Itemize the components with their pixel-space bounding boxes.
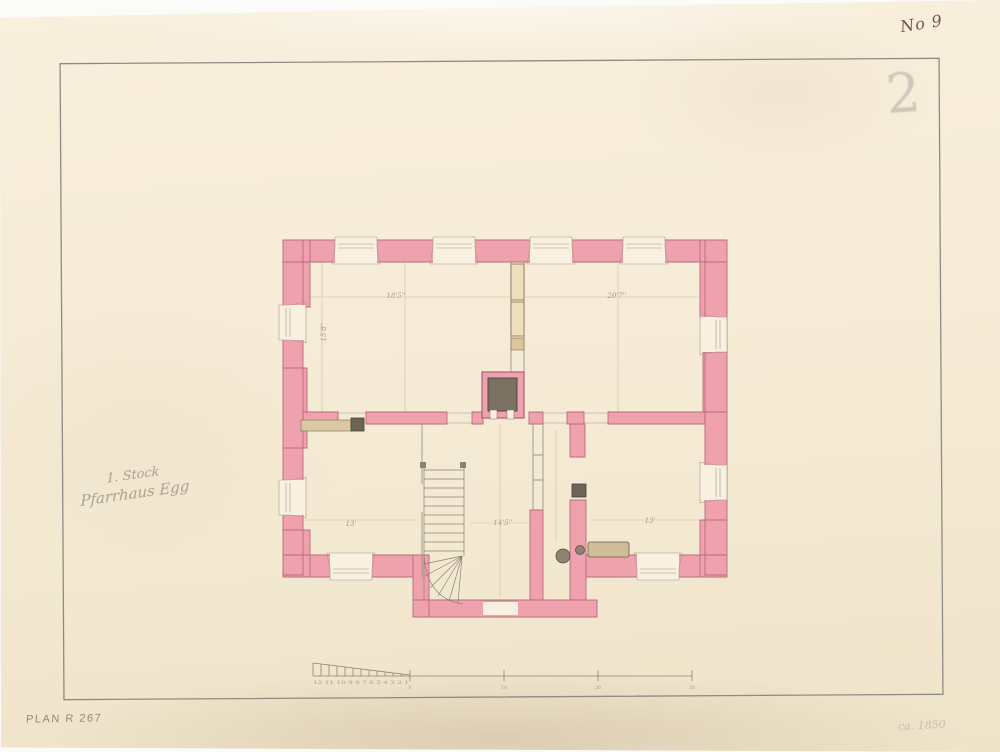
window-opening (700, 314, 727, 355)
dimension-label: 18'5'' (386, 292, 405, 300)
archive-reference: PLAN R 267 (26, 712, 103, 725)
window-opening (527, 237, 575, 264)
window-opening (634, 553, 682, 580)
window-opening (279, 477, 306, 518)
window-opening (620, 237, 668, 264)
window-opening (430, 237, 478, 264)
scale-bar: 12 11 10 9 8 7 6 5 4 3 2 1 0 10 20 30 (313, 663, 695, 691)
window-opening (327, 553, 375, 580)
date-note: ca. 1850 (898, 718, 946, 733)
window-opening (700, 462, 727, 503)
wall-cupboard (511, 264, 524, 350)
kitchen-bench (588, 542, 629, 557)
scale-major-label: 30 (689, 685, 695, 691)
cupboard-box (511, 302, 524, 336)
chimney-notch (490, 410, 497, 419)
bench (301, 420, 352, 431)
scale-bar-lines (313, 663, 692, 681)
stair-treads (424, 466, 464, 604)
chimney-notch (507, 410, 514, 419)
floor-plan-svg: 18'5'' 20'7'' 15'8'' 13' 14'5'' 13' 12 1… (0, 0, 1000, 752)
stair-newel (420, 462, 426, 468)
kettle-small (576, 546, 585, 555)
scale-major-label: 20 (595, 685, 601, 691)
small-stove (351, 418, 364, 431)
rear-door-opening (483, 602, 518, 615)
door-openings (338, 413, 608, 614)
chimney (482, 372, 524, 419)
scanned-sheet: 18'5'' 20'7'' 15'8'' 13' 14'5'' 13' 12 1… (0, 0, 1000, 752)
cupboard-base (511, 338, 524, 350)
dimension-label: 15'8'' (320, 322, 328, 341)
cupboard-box (511, 264, 524, 300)
kettle-large (556, 549, 570, 563)
pencil-number: 2 (884, 61, 923, 126)
dimension-label: 20'7'' (606, 292, 626, 300)
dimension-label: 13' (645, 517, 656, 525)
scale-subdivision-labels: 12 11 10 9 8 7 6 5 4 3 2 1 (313, 680, 409, 686)
wall-stove (572, 484, 586, 497)
dimension-label: 14'5'' (493, 519, 512, 527)
dimension-label: 13' (346, 520, 357, 528)
scale-major-label: 10 (501, 685, 507, 691)
window-opening (279, 302, 306, 343)
scale-major-label: 0 (409, 685, 412, 691)
stair-newel (460, 462, 466, 468)
window-opening (332, 237, 380, 264)
interior-walls (530, 424, 586, 600)
chimney-flue (488, 378, 517, 411)
